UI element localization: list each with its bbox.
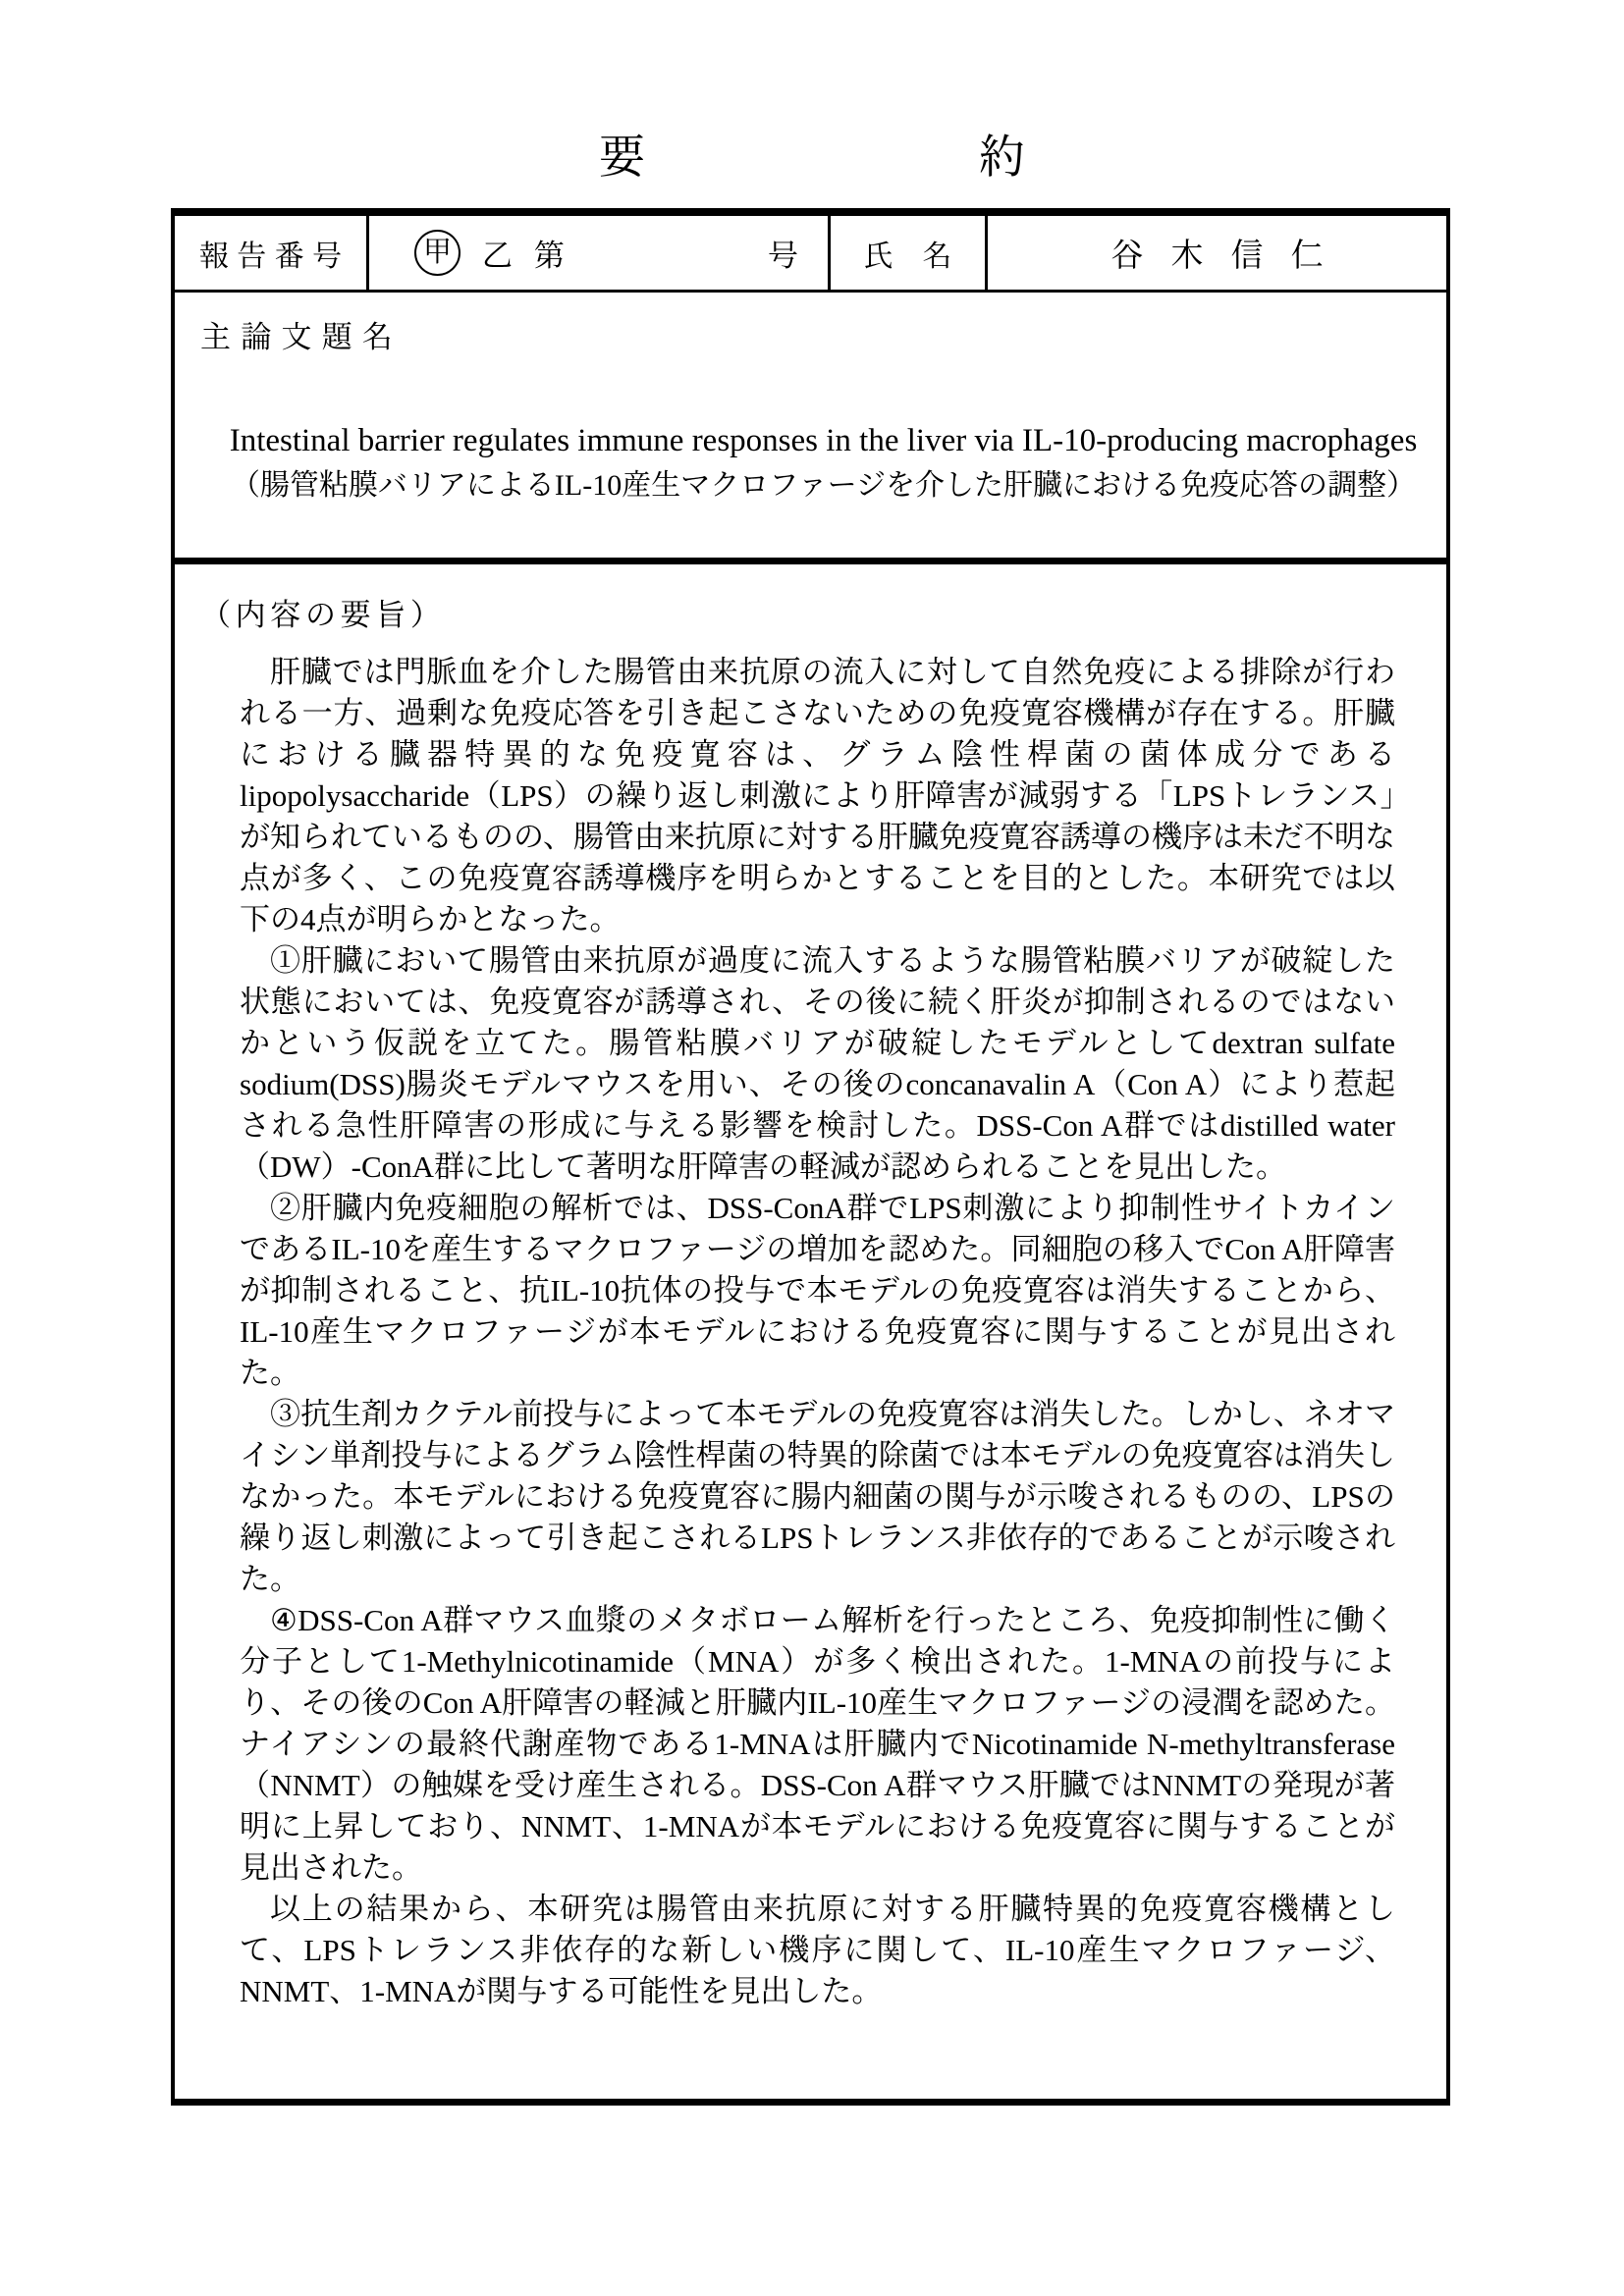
otsu-char: 乙	[482, 231, 513, 275]
kou-circled-mark: 甲	[414, 230, 460, 276]
thesis-title-label: 主論文題名	[200, 312, 1446, 356]
doc-title-char-yaku: 約	[979, 135, 1025, 182]
header-row: 報告番号 甲 乙 第 号 氏 名 谷木信仁	[175, 216, 1446, 293]
gou-char: 号	[768, 231, 798, 275]
report-number-label: 報告番号	[175, 216, 369, 290]
abstract-paragraph-3: ②肝臓内免疫細胞の解析では、DSS-ConA群でLPS刺激により抑制性サイトカイ…	[240, 1188, 1395, 1394]
abstract-body: 肝臓では門脈血を介した腸管由来抗原の流入に対して自然免疫による排除が行われる一方…	[240, 652, 1395, 2012]
thesis-title-japanese: （腸管粘膜バリアによるIL-10産生マクロファージを介した肝臓における免疫応答の…	[200, 466, 1446, 506]
thesis-title-block: Intestinal barrier regulates immune resp…	[200, 421, 1446, 506]
dai-char: 第	[534, 231, 565, 275]
thesis-title-section: 主論文題名 Intestinal barrier regulates immun…	[175, 293, 1446, 564]
abstract-section: （内容の要旨） 肝臓では門脈血を介した腸管由来抗原の流入に対して自然免疫による排…	[175, 564, 1446, 2099]
report-number-cell: 甲 乙 第 号	[369, 216, 831, 290]
abstract-paragraph-2: ①肝臓において腸管由来抗原が過度に流入するような腸管粘膜バリアが破綻した状態にお…	[240, 940, 1395, 1188]
doc-title-char-you: 要	[599, 135, 645, 182]
summary-form-box: 報告番号 甲 乙 第 号 氏 名 谷木信仁 主論文題名 Intestinal b…	[171, 208, 1450, 2106]
thesis-title-english: Intestinal barrier regulates immune resp…	[200, 421, 1446, 460]
document-title: 要 約	[0, 135, 1624, 182]
name-value: 谷木信仁	[988, 216, 1446, 290]
abstract-paragraph-5: ④DSS-Con A群マウス血漿のメタボローム解析を行ったところ、免疫抑制性に働…	[240, 1600, 1395, 1889]
abstract-paragraph-1: 肝臓では門脈血を介した腸管由来抗原の流入に対して自然免疫による排除が行われる一方…	[240, 652, 1395, 940]
document-page: 要 約 報告番号 甲 乙 第 号 氏 名 谷木信仁 主論文題名 Intestin…	[0, 0, 1624, 2296]
abstract-label: （内容の要旨）	[200, 590, 1446, 634]
report-number-type-group: 甲 乙 第	[414, 230, 565, 276]
abstract-paragraph-4: ③抗生剤カクテル前投与によって本モデルの免疫寛容は消失した。しかし、ネオマイシン…	[240, 1394, 1395, 1600]
abstract-paragraph-6: 以上の結果から、本研究は腸管由来抗原に対する肝臓特異的免疫寛容機構として、LPS…	[240, 1889, 1395, 2012]
name-label: 氏 名	[831, 216, 988, 290]
